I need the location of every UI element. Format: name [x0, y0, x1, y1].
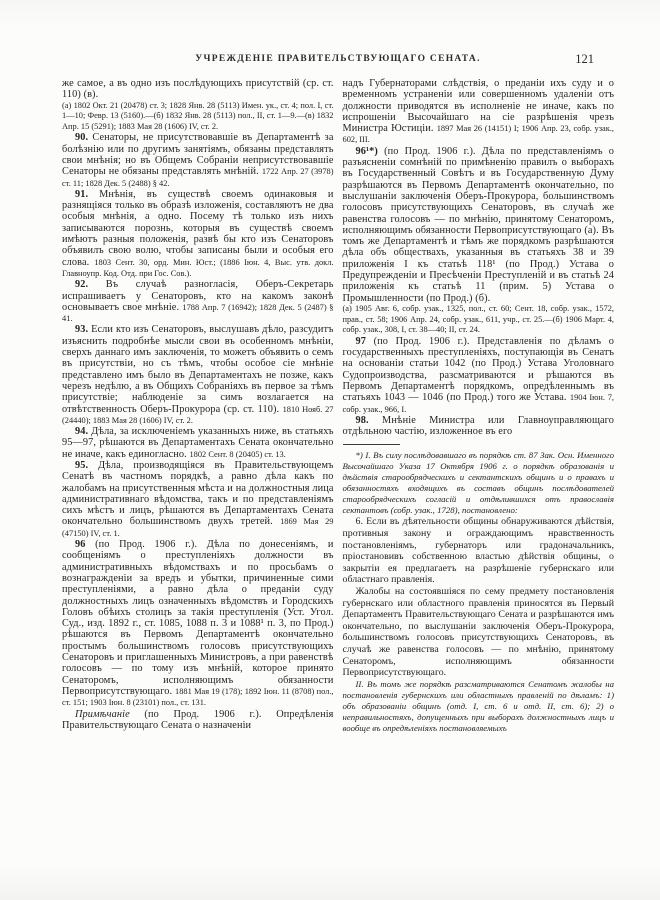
footnote-appeals-paragraph: Жалобы на состоявшіяся по сему предмету …	[343, 586, 615, 679]
article-91: 91. Мнѣнія, въ существѣ своемъ одинаковы…	[62, 189, 334, 279]
legal-citation: 1803 Сент. 30, орд. Мин. Юст.; (1886 Іюн…	[62, 258, 334, 278]
footnote-item-6: 6. Если въ дѣятельности общины обнаружив…	[343, 516, 615, 586]
text-run: же самое, а въ одно изъ послѣдующихъ при…	[62, 78, 334, 100]
footnote-part-ii: II. Въ томъ же порядкѣ разсматриваются С…	[343, 679, 615, 734]
note-to-article-96: Примѣчаніе (по Прод. 1906 г.). Опредѣлен…	[62, 709, 334, 732]
text-run: 94.	[75, 426, 88, 437]
continuation-paragraph: же самое, а въ одно изъ послѣдующихъ при…	[62, 78, 334, 101]
text-run: (по Прод. 1906 г.). Дѣла по донесеніямъ,…	[62, 539, 334, 697]
article-96: 96 (по Прод. 1906 г.). Дѣла по донесенія…	[62, 539, 334, 708]
article-98: 98. Мнѣніе Министра или Главноуправляюща…	[343, 415, 615, 438]
article-93: 93. Если кто изъ Сенаторовъ, выслушавъ д…	[62, 324, 334, 426]
text-run: II. Въ томъ же порядкѣ разсматриваются С…	[343, 679, 615, 733]
page-header: УЧРЕЖДЕНІЕ ПРАВИТЕЛЬСТВУЮЩАГО СЕНАТА. 12…	[62, 54, 614, 69]
text-run: 97	[356, 336, 367, 347]
article-90: 90. Сенаторы, не присутствовавшіе въ Деп…	[62, 132, 334, 188]
article-92: 92. Въ случаѣ разногласія, Оберъ-Секрета…	[62, 279, 334, 324]
text-run: (по Прод. 1906 г.). Дѣла по представлені…	[343, 146, 615, 304]
text-run: (а) 1802 Окт. 21 (20478) ст. 3; 1828 Янв…	[62, 101, 334, 131]
text-run: 90.	[75, 132, 88, 143]
legal-citation: 1802 Сент. 8 (20405) ст. 13.	[189, 450, 285, 459]
footnote-separator	[343, 444, 400, 445]
article-94: 94. Дѣла, за исключеніемъ указанныхъ ниж…	[62, 426, 334, 460]
text-run: Жалобы на состоявшіяся по сему предмету …	[343, 586, 615, 678]
text-run: Мнѣніе Министра или Главноуправляющаго о…	[343, 415, 615, 437]
article-95: 95. Дѣла, производящіяся въ Правительств…	[62, 460, 334, 539]
running-title: УЧРЕЖДЕНІЕ ПРАВИТЕЛЬСТВУЮЩАГО СЕНАТА.	[62, 54, 614, 64]
text-run: *) I. Въ силу послѣдовавшаго въ порядкѣ …	[343, 450, 615, 515]
continuation-paragraph: надъ Губернаторами слѣдствія, о преданіи…	[343, 78, 615, 146]
text-run: 91.	[75, 189, 88, 200]
text-run: Примѣчаніе	[75, 709, 130, 720]
page-content: УЧРЕЖДЕНІЕ ПРАВИТЕЛЬСТВУЮЩАГО СЕНАТА. 12…	[62, 54, 614, 734]
text-run: 95.	[75, 460, 88, 471]
text-run: Если кто изъ Сенаторовъ, выслушавъ дѣло,…	[62, 324, 334, 414]
text-run: 93.	[75, 324, 88, 335]
article-97: 97 (по Прод. 1906 г.). Представленія по …	[343, 336, 615, 415]
text-run: 92.	[75, 279, 88, 290]
source-citations-abc: (а) 1802 Окт. 21 (20478) ст. 3; 1828 Янв…	[62, 101, 334, 133]
article-96-1: 96¹*) (по Прод. 1906 г.). Дѣла по предст…	[343, 146, 615, 304]
footnote-part-i: *) I. Въ силу послѣдовавшаго въ порядкѣ …	[343, 450, 615, 516]
text-run: 96¹*)	[356, 146, 378, 157]
two-column-text: же самое, а въ одно изъ послѣдующихъ при…	[62, 78, 614, 734]
text-run: 98.	[356, 415, 369, 426]
right-column: надъ Губернаторами слѣдствія, о преданіи…	[343, 78, 615, 734]
text-run: Мнѣнія, въ существѣ своемъ одинаковыя и …	[62, 189, 334, 268]
text-run: 6. Если въ дѣятельности общины обнаружив…	[343, 516, 615, 585]
source-citations-ab: (а) 1905 Авг. 6, собр. узак., 1325, пол.…	[343, 304, 615, 336]
page-number: 121	[575, 52, 594, 67]
left-column: же самое, а въ одно изъ послѣдующихъ при…	[62, 78, 334, 734]
scanned-document-page: УЧРЕЖДЕНІЕ ПРАВИТЕЛЬСТВУЮЩАГО СЕНАТА. 12…	[0, 0, 660, 900]
text-run: 96	[75, 539, 86, 550]
text-run: (а) 1905 Авг. 6, собр. узак., 1325, пол.…	[343, 304, 615, 334]
